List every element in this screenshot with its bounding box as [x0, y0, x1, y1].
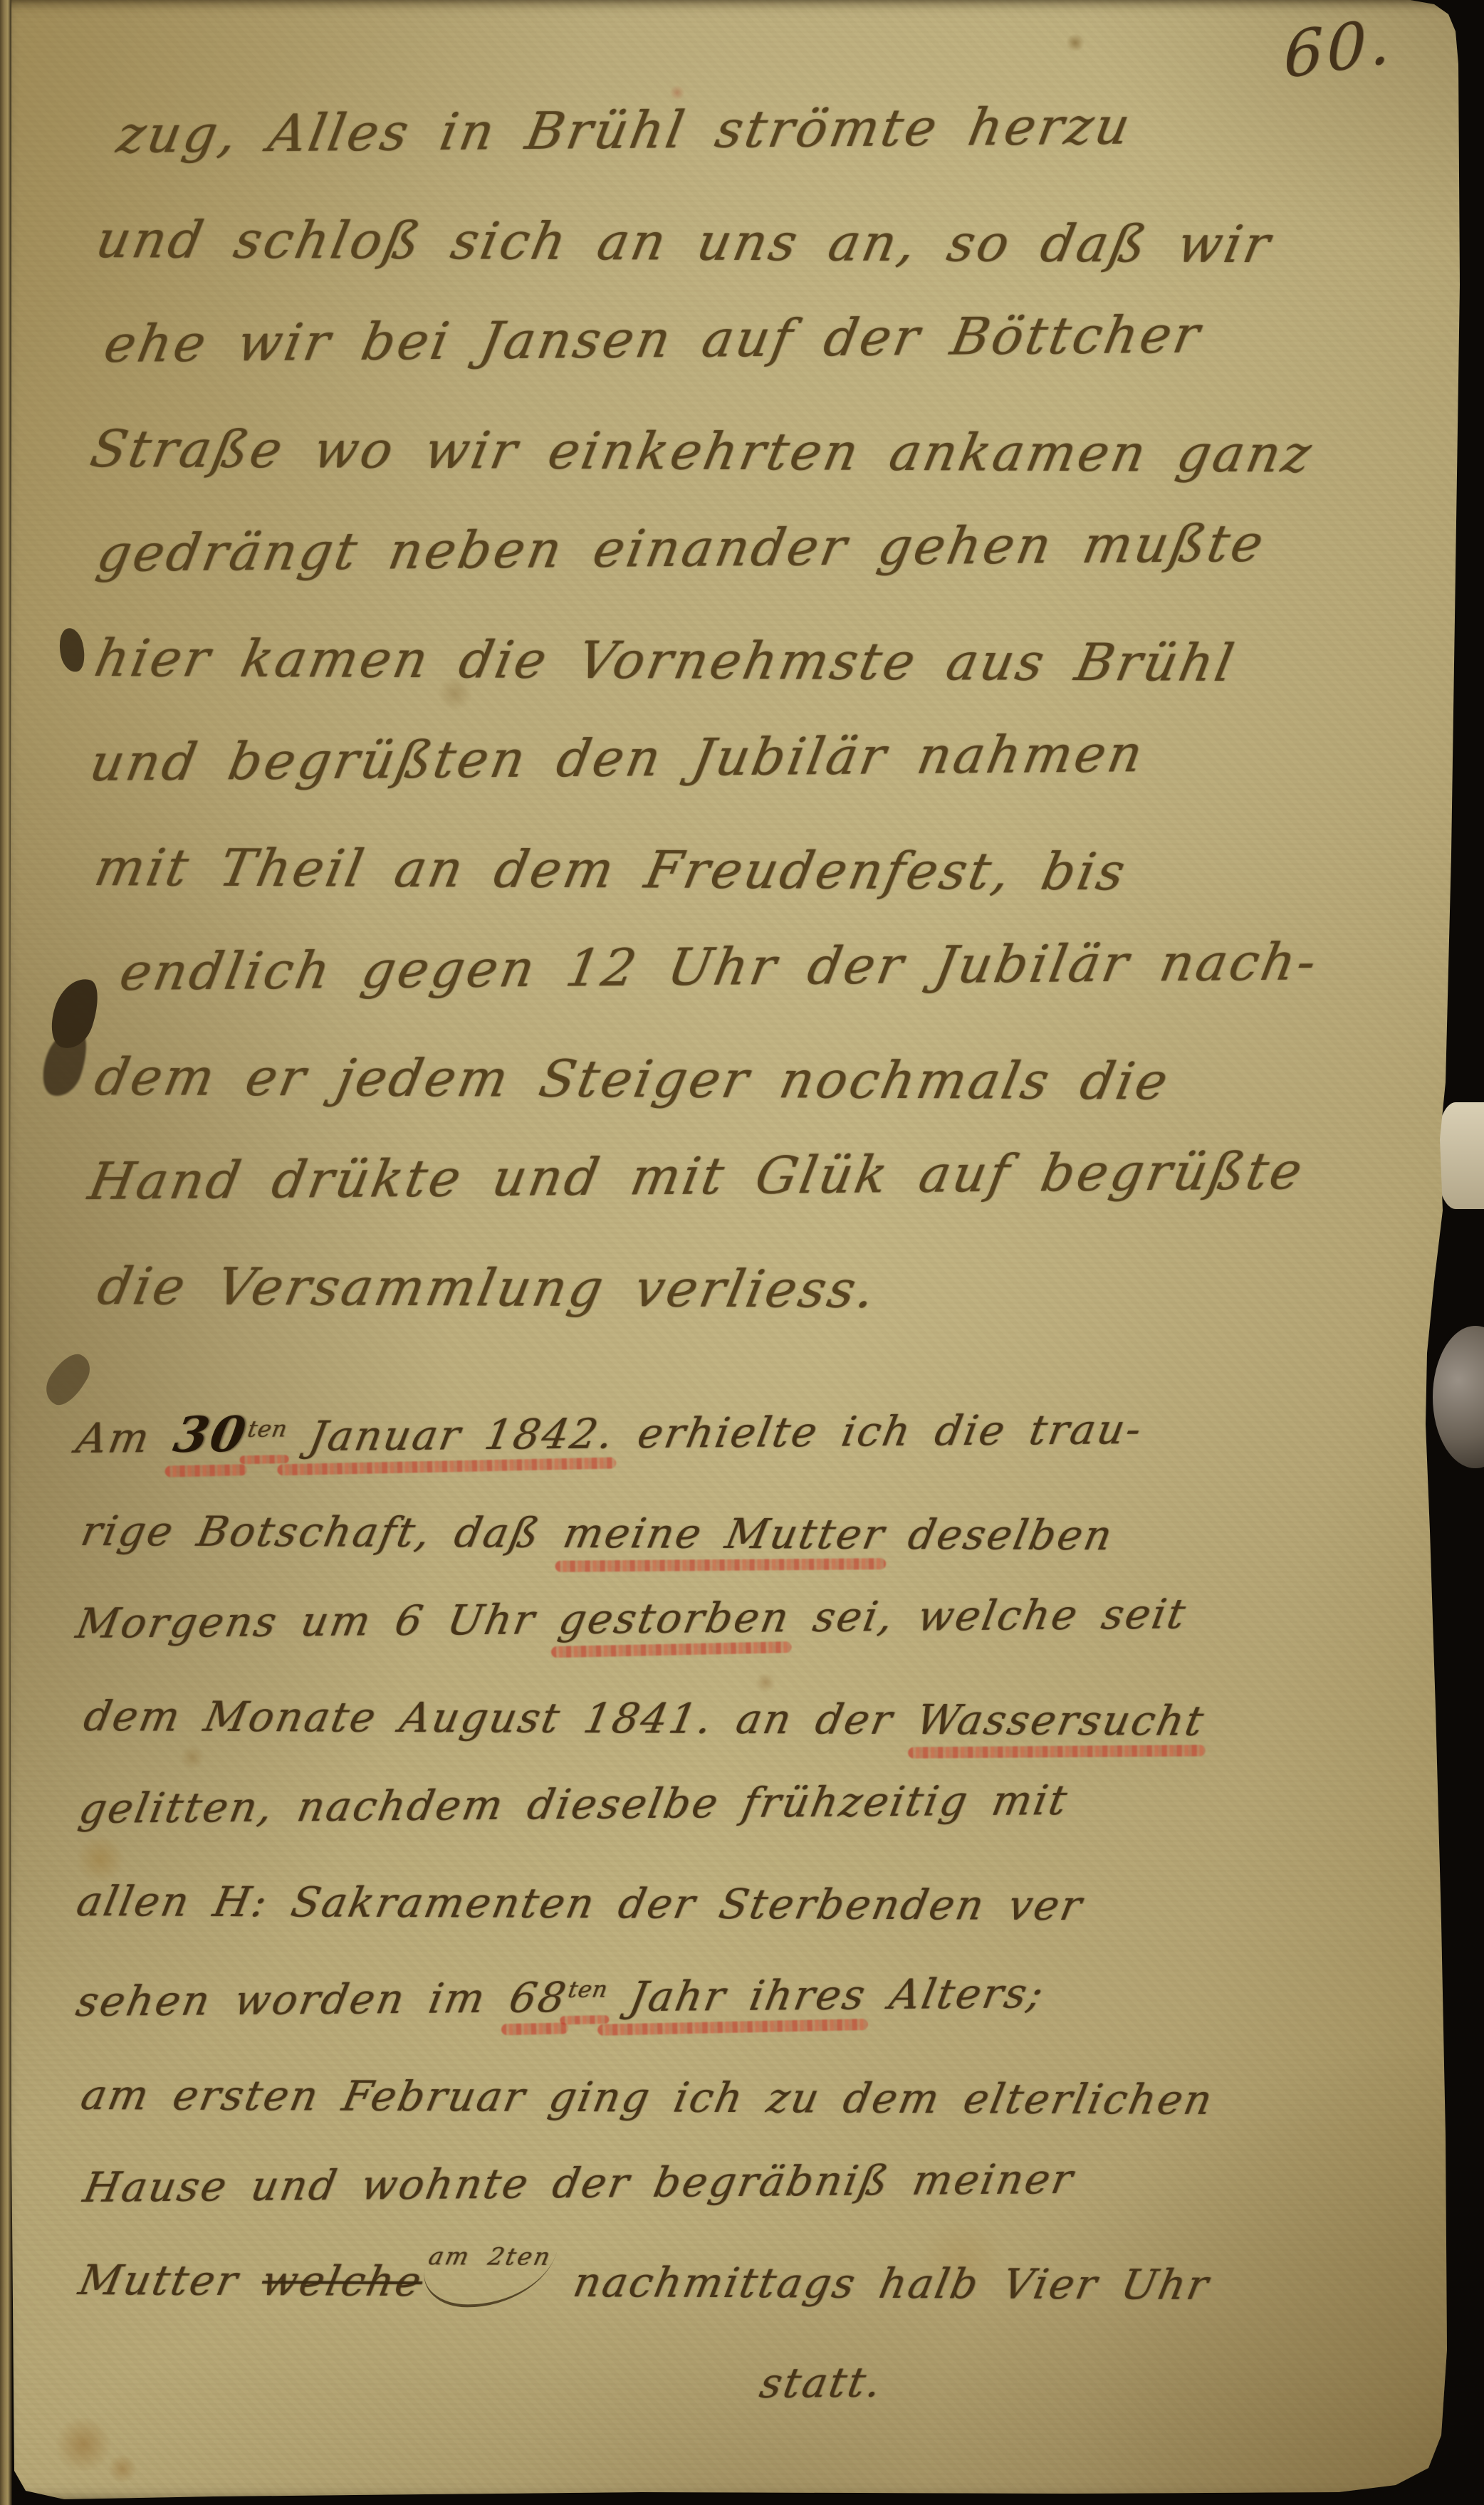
manuscript-line: zug, Alles in Brühl strömte herzu	[108, 71, 1444, 187]
manuscript-line: Mutter welcheam 2ten nachmittags halb Vi…	[68, 2234, 1442, 2343]
manuscript-line: Straße wo wir einkehrten ankamen ganz	[81, 397, 1443, 507]
manuscript-line: mit Theil an dem Freudenfest, bis	[85, 815, 1443, 926]
manuscript-segment: nachmittags halb Vier Uhr	[545, 2258, 1214, 2309]
manuscript-segment: 68	[506, 1974, 572, 2023]
manuscript-text: zug, Alles in Brühl strömte herzuund sch…	[68, 83, 1423, 2430]
manuscript-segment: Januar 1842.	[281, 1410, 619, 1461]
manuscript-segment: rige Botschaft, daß	[77, 1507, 569, 1557]
manuscript-line: statt.	[752, 2331, 1441, 2429]
manuscript-line: endlich gegen 12 Uhr der Jubilär nach-	[111, 909, 1444, 1025]
manuscript-line: die Versammlung verliess.	[88, 1234, 1443, 1344]
manuscript-segment: und begrüßten den Jubilär nahmen	[85, 723, 1150, 793]
manuscript-segment: endlich gegen 12 Uhr der Jubilär nach-	[115, 931, 1324, 1002]
manuscript-line: sehen worden im 68ten Jahr ihres Alters;	[68, 1936, 1443, 2049]
manuscript-line: Hause und wohnte der begräbniß meiner	[75, 2129, 1442, 2234]
manuscript-paragraph: Am 30ten Januar 1842. erhielte ich die t…	[68, 1384, 1423, 2430]
manuscript-line: und schloß sich an uns an, so daß wir	[87, 187, 1443, 298]
manuscript-segment: gelitten, nachdem dieselbe frühzeitig mi…	[75, 1776, 1072, 1833]
manuscript-line: und begrüßten den Jubilär nahmen	[81, 699, 1444, 815]
manuscript-segment: Hause und wohnte der begräbniß meiner	[80, 2155, 1079, 2212]
manuscript-line: gelitten, nachdem dieselbe frühzeitig mi…	[71, 1751, 1442, 1856]
manuscript-segment: die Versammlung verliess.	[93, 1256, 882, 1319]
manuscript-line: gedrängt neben einander gehen mußte	[88, 490, 1444, 606]
manuscript-segment: sei, welche seit	[785, 1590, 1191, 1642]
manuscript-segment: ehe wir bei Jansen auf der Böttcher	[100, 305, 1207, 374]
manuscript-segment: meine Mutter	[559, 1509, 890, 1559]
manuscript-segment: statt.	[756, 2358, 887, 2407]
manuscript-segment: am ersten Februar ging ich zu dem elterl…	[77, 2071, 1218, 2124]
manuscript-line: Hand drükte und mit Glük auf begrüßte	[80, 1118, 1444, 1234]
manuscript-segment: gestorben	[555, 1594, 794, 1644]
manuscript-segment: hier kamen die Vornehmste aus Brühl	[90, 628, 1240, 693]
manuscript-segment: Morgens um 6 Uhr	[73, 1595, 564, 1648]
manuscript-segment: welche	[258, 2256, 427, 2306]
manuscript-segment: 30	[169, 1406, 252, 1464]
manuscript-segment: allen H: Sakramenten der Sterbenden ver	[73, 1877, 1087, 1930]
manuscript-segment: ten	[246, 1415, 290, 1442]
manuscript-segment: Straße wo wir einkehrten ankamen ganz	[85, 419, 1318, 483]
manuscript-segment: am 2ten	[415, 2210, 566, 2308]
manuscript-line: hier kamen die Vornehmste aus Brühl	[85, 606, 1443, 716]
manuscript-paragraph: zug, Alles in Brühl strömte herzuund sch…	[68, 83, 1423, 1339]
manuscript-line: dem er jedem Steiger nochmals die	[85, 1025, 1443, 1135]
manuscript-line: Morgens um 6 Uhr gestorben sei, welche s…	[68, 1566, 1442, 1670]
page-curl-notch	[1437, 1102, 1484, 1209]
manuscript-segment: dem er jedem Steiger nochmals die	[90, 1047, 1175, 1112]
manuscript-segment: Hand drükte und mit Glük auf begrüßte	[84, 1141, 1310, 1211]
manuscript-line: ehe wir bei Jansen auf der Böttcher	[95, 281, 1444, 397]
manuscript-segment: zug, Alles in Brühl strömte herzu	[113, 96, 1137, 164]
manuscript-segment: und schloß sich an uns an, so daß wir	[91, 209, 1277, 274]
manuscript-segment: deselben	[880, 1510, 1118, 1559]
paper-stain	[1065, 34, 1085, 51]
manuscript-photo: 60. zug, Alles in Brühl strömte herzuund…	[0, 0, 1484, 2505]
manuscript-segment: mit Theil an dem Freudenfest, bis	[90, 837, 1132, 901]
manuscript-segment: Alters;	[862, 1970, 1049, 2019]
manuscript-segment: erhielte ich die trau-	[610, 1405, 1147, 1458]
manuscript-page: 60. zug, Alles in Brühl strömte herzuund…	[0, 0, 1484, 2505]
manuscript-segment: Wassersucht	[912, 1695, 1209, 1745]
manuscript-line: Am 30ten Januar 1842. erhielte ich die t…	[68, 1372, 1443, 1485]
manuscript-segment: Mutter	[75, 2256, 267, 2305]
manuscript-segment: sehen worden im	[73, 1974, 515, 2026]
manuscript-segment: gedrängt neben einander gehen mußte	[93, 513, 1270, 583]
manuscript-segment: Am	[73, 1413, 179, 1463]
page-tab	[1433, 1326, 1484, 1468]
manuscript-segment: ten	[566, 1976, 610, 2003]
paper-stain	[107, 2455, 138, 2482]
manuscript-segment: dem Monate August 1841. an der	[80, 1692, 921, 1744]
manuscript-segment: Jahr ihres	[602, 1971, 871, 2022]
